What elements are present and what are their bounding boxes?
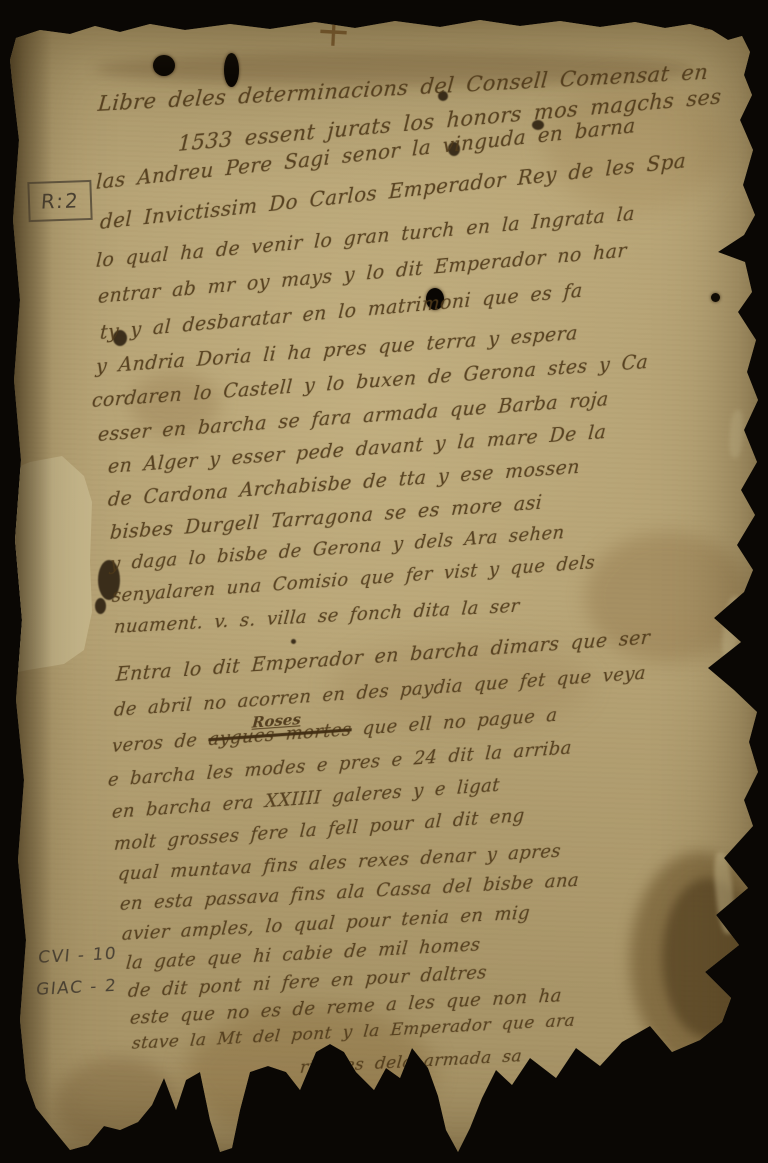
torn-edge-flap	[728, 410, 744, 459]
worm-hole	[224, 53, 239, 87]
worm-hole	[153, 55, 175, 76]
line-suffix: que ell no pague a	[351, 705, 558, 741]
folio-number: 3	[704, 16, 714, 34]
ink-dot	[291, 639, 296, 644]
heading-cross-mark: +	[315, 4, 353, 57]
worm-hole	[711, 293, 720, 302]
archival-note-giac: GIAC - 2	[35, 976, 118, 1000]
manuscript-page: + 3 R:2 Libre deles determinacions del C…	[0, 0, 768, 1163]
archival-note-cvi: CVI - 10	[37, 944, 118, 968]
torn-edge-flap	[712, 851, 737, 934]
torn-edge-flap	[720, 595, 743, 658]
interlinear-correction: Roses	[251, 710, 301, 732]
registry-mark-box: R:2	[27, 180, 92, 222]
handwritten-line: riberes dela armada sa	[299, 1046, 523, 1078]
stain-bottom-right-core	[662, 878, 754, 1038]
registry-mark-label: R:2	[40, 188, 80, 213]
line-prefix: veros de	[111, 729, 209, 757]
stain-bottom-right	[630, 852, 768, 1067]
stain-bottom-left	[55, 1058, 180, 1150]
photo-backdrop: + 3 R:2 Libre deles determinacions del C…	[0, 0, 768, 1163]
ink-blot-left-small	[95, 598, 106, 614]
